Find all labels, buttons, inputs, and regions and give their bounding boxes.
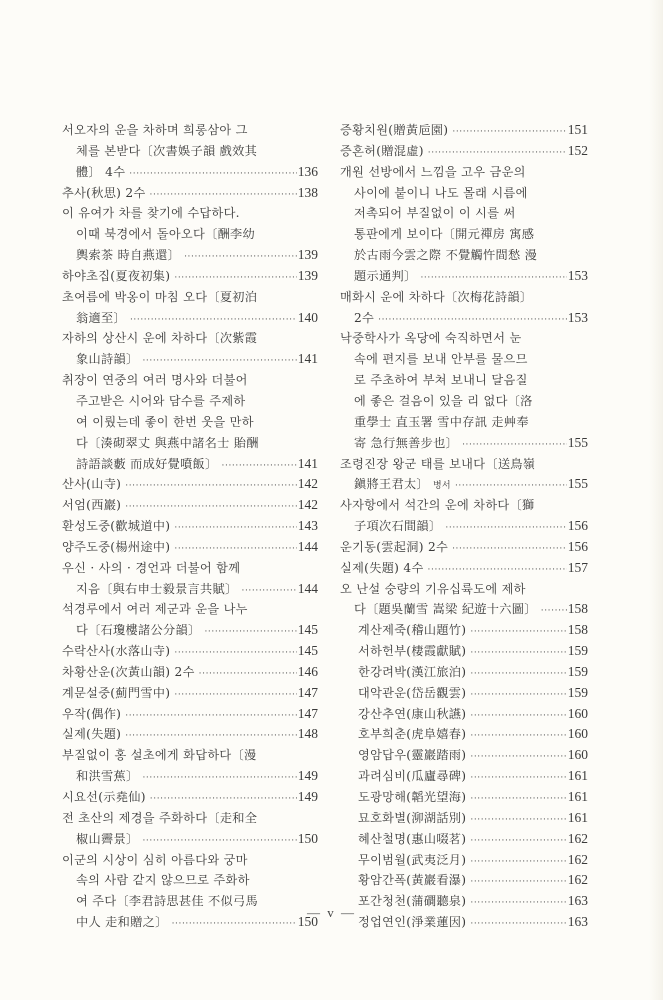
dot-leader [125,497,297,518]
toc-page-number: 160 [568,745,588,766]
page-edge [649,0,663,1000]
toc-entry-title: 이때 북경에서 돌아오다〔酬李幼 [76,224,255,245]
toc-entry-title: 증황치원(贈黃巵園) [340,120,448,141]
toc-entry-line: 부질없이 홍 설초에게 화답하다〔漫 [62,745,318,766]
toc-page-number: 141 [298,454,318,475]
dot-leader [174,518,296,539]
toc-entry-title: 실제(失題) [62,724,121,745]
toc-entry-title: 시요선(示堯仙) [62,787,146,808]
toc-entry-line: 황암간폭(黃巖看瀑)162 [340,870,588,891]
toc-entry-line: 重學士 直玉署 雪中存訊 走艸奉 [340,412,588,433]
toc-page-number: 140 [298,308,318,329]
dot-leader [142,768,296,789]
dot-leader [470,810,566,831]
toc-page-number: 160 [568,724,588,745]
toc-entry-line: 통판에게 보이다〔開元禪房 寓感 [340,224,588,245]
toc-entry-title: 양주도중(楊州途中) [62,537,170,558]
toc-entry-title: 도광망해(韜光望海) [358,787,466,808]
toc-entry-title: 題示通判〕 [354,266,416,287]
toc-entry-title: 다〔湊砌翠丈 與燕中諸名士 貽酬 [76,433,259,454]
toc-entry-title: 우신 · 사의 · 경언과 더불어 함께 [62,558,240,579]
toc-entry-title: 於古雨今雲之際 不覺觸忤間愁 漫 [354,245,537,266]
dot-leader [222,456,297,477]
toc-entry-title: 오 난설 숭량의 기유십륙도에 제하 [340,579,526,600]
toc-entry-title: 속의 사람 같지 않으므로 주화하 [76,870,250,891]
toc-entry-line: 산사(山寺)142 [62,474,318,495]
toc-entry-line: 輿索茶 時自燕還〕139 [62,245,318,266]
toc-entry-title: 다〔石瓊樓諸公分韻〕 [76,620,200,641]
toc-page-number: 145 [298,620,318,641]
dot-leader [125,476,297,497]
toc-entry-line: 이군의 시상이 심히 아름다와 궁마 [62,850,318,871]
toc-entry-line: 하야초집(夏夜初集)139 [62,266,318,287]
toc-entry-title: 묘호화별(泖湖話別) [358,808,466,829]
toc-entry-title: 서엄(西巖) [62,495,121,516]
toc-entry-title: 여 이뤘는데 좋이 한번 웃을 만하 [76,412,254,433]
toc-page-number: 141 [298,349,318,370]
toc-entry-line: 매화시 운에 차하다〔次梅花詩韻〕 [340,287,588,308]
toc-entry-line: 증황치원(贈黃巵園)151 [340,120,588,141]
toc-entry-title: 우작(偶作) [62,704,121,725]
dot-leader [150,789,297,810]
toc-entry-title: 영암답우(靈巖踏雨) [358,745,466,766]
toc-page-number: 139 [298,266,318,287]
toc-entry-line: 에 좋은 걸음이 있을 리 없다〔洛 [340,391,588,412]
toc-entry-title: 이 유여가 차를 찾기에 수답하다. [62,203,240,224]
toc-page-number: 142 [298,474,318,495]
dot-leader [378,310,567,331]
toc-page-number: 159 [568,683,588,704]
toc-entry-line: 자하의 상산시 운에 차하다〔次紫霞 [62,328,318,349]
toc-page-number: 147 [298,683,318,704]
toc-entry-title: 重學士 直玉署 雪中存訊 走艸奉 [354,412,529,433]
toc-page-number: 146 [298,662,318,683]
toc-page-number: 160 [568,704,588,725]
toc-page-number: 143 [298,516,318,537]
toc-entry-title: 취장이 연중의 여러 명사와 더불어 [62,370,248,391]
toc-entry-line: 조령진장 왕군 태를 보내다〔送鳥嶺 [340,454,588,475]
toc-entry-line: 體〕 4수136 [62,162,318,183]
dot-leader [455,476,567,497]
dot-leader [462,435,567,456]
toc-entry-line: 혜산철명(惠山啜茗)162 [340,829,588,850]
toc-entry-title: 鎭將王君太〕 [354,474,429,495]
toc-entry-line: 낙중학사가 옥당에 숙직하면서 눈 [340,328,588,349]
toc-entry-line: 과려심비(瓜廬尋碑)161 [340,766,588,787]
toc-entry-line: 子項次石間韻〕156 [340,516,588,537]
toc-page-number: 158 [568,599,588,620]
dot-leader [199,664,297,685]
toc-entry-title: 부질없이 홍 설초에게 화답하다〔漫 [62,745,256,766]
dot-leader [470,747,566,768]
toc-entry-title: 계문설중(薊門雪中) [62,683,170,704]
page-number: — v — [0,905,663,921]
toc-entry-line: 시요선(示堯仙)149 [62,787,318,808]
toc-entry-line: 대악관운(岱岳觀雲)159 [340,683,588,704]
toc-entry-line: 강산추연(康山秋讌)160 [340,704,588,725]
toc-entry-title: 자하의 상산시 운에 차하다〔次紫霞 [62,328,257,349]
dot-leader [470,664,566,685]
toc-entry-line: 실제(失題) 4수157 [340,558,588,579]
toc-entry-line: 주고받은 시어와 담수를 주제하 [62,391,318,412]
dot-leader [174,268,296,289]
toc-entry-line: 翁適至〕140 [62,308,318,329]
toc-entry-line: 초여름에 박옹이 마침 오다〔夏初泊 [62,287,318,308]
toc-entry-title: 혜산철명(惠山啜茗) [358,829,466,850]
dot-leader [428,560,567,581]
toc-page-number: 144 [298,579,318,600]
toc-entry-line: 서오자의 운을 차하며 희롱삼아 그 [62,120,318,141]
toc-entry-line: 호부희춘(虎阜嬉春)160 [340,724,588,745]
toc-entry-title: 로 주초하여 부쳐 보내니 달음질 [354,370,528,391]
toc-entry-line: 한강려박(漢江旅泊)159 [340,662,588,683]
toc-entry-line: 우작(偶作)147 [62,704,318,725]
toc-page-number: 136 [298,162,318,183]
toc-entry-line: 사이에 붙이니 나도 몰래 시름에 [340,183,588,204]
dot-leader [142,831,296,852]
dot-leader [242,581,297,602]
toc-entry-line: 취장이 연중의 여러 명사와 더불어 [62,370,318,391]
dot-leader [125,726,297,747]
dot-leader [470,831,566,852]
dot-leader [470,643,566,664]
toc-entry-title: 서오자의 운을 차하며 희롱삼아 그 [62,120,248,141]
toc-entry-line: 2수153 [340,308,588,329]
toc-entry-line: 저촉되어 부질없이 이 시를 써 [340,203,588,224]
toc-page-number: 147 [298,704,318,725]
toc-entry-line: 於古雨今雲之際 不覺觸忤間愁 漫 [340,245,588,266]
toc-page-number: 155 [568,474,588,495]
toc-entry-line: 무이범월(武夷泛月)162 [340,850,588,871]
toc-page-number: 162 [568,829,588,850]
toc-entry-title: 체를 본받다〔次書娛子韻 戲效其 [76,141,257,162]
toc-entry-title: 2수 [354,308,374,329]
toc-right-column: 증황치원(贈黃巵園)151증혼허(贈混虛)152개원 선방에서 느낌을 고우 금… [340,120,588,933]
toc-entry-title: 산사(山寺) [62,474,121,495]
toc-entry-title: 속에 편지를 보내 안부를 물으므 [354,349,528,370]
toc-entry-line: 지음〔與右申士毅景言共賦〕144 [62,579,318,600]
toc-entry-title: 體〕 4수 [76,162,125,183]
toc-entry-title: 강산추연(康山秋讌) [358,704,466,725]
toc-entry-title: 지음〔與右申士毅景言共賦〕 [76,579,238,600]
dot-leader [445,518,566,539]
toc-page-number: 159 [568,641,588,662]
toc-page-number: 157 [568,558,588,579]
toc-page-number: 161 [568,787,588,808]
toc-entry-line: 계문설중(薊門雪中)147 [62,683,318,704]
toc-page-number: 162 [568,870,588,891]
dot-leader [470,706,566,727]
toc-entry-line: 다〔湊砌翠丈 與燕中諸名士 貽酬 [62,433,318,454]
toc-entry-line: 오 난설 숭량의 기유십륙도에 제하 [340,579,588,600]
toc-page-number: 156 [568,516,588,537]
toc-page-number: 161 [568,766,588,787]
toc-entry-title: 하야초집(夏夜初集) [62,266,170,287]
toc-entry-title: 寄 急行無善步也〕 [354,433,458,454]
dot-leader [204,622,296,643]
toc-entry-line: 서하헌부(棲霞獻賦)159 [340,641,588,662]
toc-entry-title: 詩語談藪 而成好覺噴飯〕 [76,454,218,475]
toc-entry-title: 椒山霽景〕 [76,829,138,850]
toc-entry-line: 개원 선방에서 느낌을 고우 금운의 [340,162,588,183]
toc-left-column: 서오자의 운을 차하며 희롱삼아 그체를 본받다〔次書娛子韻 戲效其體〕 4수1… [62,120,318,933]
toc-entry-line: 수락산사(水落山寺)145 [62,641,318,662]
dot-leader [184,247,297,268]
dot-leader [470,685,566,706]
toc-entry-line: 이 유여가 차를 찾기에 수답하다. [62,203,318,224]
toc-entry-line: 전 초산의 제경을 주화하다〔走和全 [62,808,318,829]
toc-entry-title: 통판에게 보이다〔開元禪房 寓感 [354,224,534,245]
toc-entry-title: 한강려박(漢江旅泊) [358,662,466,683]
toc-entry-title: 초여름에 박옹이 마침 오다〔夏初泊 [62,287,257,308]
toc-entry-line: 여 이뤘는데 좋이 한번 웃을 만하 [62,412,318,433]
toc-page-number: 153 [568,308,588,329]
dot-leader [428,143,567,164]
toc-entry-title: 전 초산의 제경을 주화하다〔走和全 [62,808,257,829]
dot-leader [174,685,296,706]
toc-entry-title: 무이범월(武夷泛月) [358,850,466,871]
toc-page-number: 148 [298,724,318,745]
toc-entry-title: 대악관운(岱岳觀雲) [358,683,466,704]
toc-entry-line: 추사(秋思) 2수138 [62,183,318,204]
toc-entry-line: 영암답우(靈巖踏雨)160 [340,745,588,766]
toc-page-number: 153 [568,266,588,287]
toc-page-number: 144 [298,537,318,558]
toc-entry-line: 사자항에서 석간의 운에 차하다〔獅 [340,495,588,516]
toc-entry-line: 체를 본받다〔次書娛子韻 戲效其 [62,141,318,162]
toc-entry-line: 題示通判〕153 [340,266,588,287]
toc-entry-title: 翁適至〕 [76,308,126,329]
toc-entry-title: 실제(失題) 4수 [340,558,424,579]
toc-entry-line: 환성도중(歡城道中)143 [62,516,318,537]
toc-entry-title: 和洪雪蕉〕 [76,766,138,787]
toc-page-number: 149 [298,787,318,808]
toc-entry-line: 묘호화별(泖湖話別)161 [340,808,588,829]
toc-entry-line: 다〔題吳蘭雪 嵩梁 紀遊十六圖〕158 [340,599,588,620]
toc-page-number: 159 [568,662,588,683]
dot-leader [174,643,296,664]
toc-entry-line: 속의 사람 같지 않으므로 주화하 [62,870,318,891]
toc-entry-line: 운기동(雲起洞) 2수156 [340,537,588,558]
toc-entry-title: 輿索茶 時自燕還〕 [76,245,180,266]
toc-page-number: 152 [568,141,588,162]
toc-entry-title: 석경루에서 여러 제군과 운을 나누 [62,599,248,620]
toc-entry-line: 이때 북경에서 돌아오다〔酬李幼 [62,224,318,245]
toc-entry-title: 사자항에서 석간의 운에 차하다〔獅 [340,495,534,516]
toc-entry-line: 鎭將王君太〕병서155 [340,474,588,495]
toc-page-number: 138 [298,183,318,204]
dot-leader [470,622,566,643]
toc-entry-line: 로 주초하여 부쳐 보내니 달음질 [340,370,588,391]
toc-entry-title: 조령진장 왕군 태를 보내다〔送鳥嶺 [340,454,535,475]
dot-leader [125,706,297,727]
toc-entry-title: 子項次石間韻〕 [354,516,441,537]
toc-entry-line: 양주도중(楊州途中)144 [62,537,318,558]
toc-entry-title: 환성도중(歡城道中) [62,516,170,537]
dot-leader [130,310,297,331]
toc-entry-line: 실제(失題)148 [62,724,318,745]
toc-entry-line: 석경루에서 여러 제군과 운을 나누 [62,599,318,620]
toc-entry-line: 속에 편지를 보내 안부를 물으므 [340,349,588,370]
toc-entry-title: 사이에 붙이니 나도 몰래 시름에 [354,183,528,204]
toc-entry-note: 병서 [433,476,451,497]
toc-page-number: 145 [298,641,318,662]
toc-entry-line: 계산제죽(稽山題竹)158 [340,620,588,641]
toc-entry-line: 和洪雪蕉〕149 [62,766,318,787]
toc-entry-title: 수락산사(水落山寺) [62,641,170,662]
toc-entry-title: 象山詩韻〕 [76,349,138,370]
toc-page-number: 162 [568,850,588,871]
dot-leader [174,539,296,560]
toc-page-number: 151 [568,120,588,141]
toc-page-number: 150 [298,829,318,850]
dot-leader [470,768,566,789]
toc-page-number: 155 [568,433,588,454]
dot-leader [150,185,297,206]
toc-page-number: 158 [568,620,588,641]
toc-entry-title: 차황산운(次黃山韻) 2수 [62,662,195,683]
toc-entry-title: 낙중학사가 옥당에 숙직하면서 눈 [340,328,522,349]
toc-page-number: 142 [298,495,318,516]
toc-entry-line: 象山詩韻〕141 [62,349,318,370]
toc-entry-line: 차황산운(次黃山韻) 2수146 [62,662,318,683]
dot-leader [470,789,566,810]
dot-leader [142,351,296,372]
dot-leader [452,539,567,560]
toc-entry-title: 매화시 운에 차하다〔次梅花詩韻〕 [340,287,532,308]
toc-page-number: 156 [568,537,588,558]
toc-entry-line: 寄 急行無善步也〕155 [340,433,588,454]
dot-leader [452,122,566,143]
toc-entry-title: 에 좋은 걸음이 있을 리 없다〔洛 [354,391,533,412]
dot-leader [470,872,566,893]
toc-entry-line: 서엄(西巖)142 [62,495,318,516]
toc-page-number: 161 [568,808,588,829]
toc-entry-title: 저촉되어 부질없이 이 시를 써 [354,203,516,224]
toc-entry-title: 추사(秋思) 2수 [62,183,146,204]
toc-entry-title: 이군의 시상이 심히 아름다와 궁마 [62,850,248,871]
toc-entry-title: 개원 선방에서 느낌을 고우 금운의 [340,162,526,183]
toc-page-number: 139 [298,245,318,266]
dot-leader [541,601,567,622]
toc-entry-line: 도광망해(韜光望海)161 [340,787,588,808]
dot-leader [470,726,566,747]
toc-entry-title: 운기동(雲起洞) 2수 [340,537,448,558]
toc-entry-line: 다〔石瓊樓諸公分韻〕145 [62,620,318,641]
toc-entry-line: 詩語談藪 而成好覺噴飯〕141 [62,454,318,475]
toc-entry-title: 증혼허(贈混虛) [340,141,424,162]
toc-entry-line: 椒山霽景〕150 [62,829,318,850]
toc-entry-title: 계산제죽(稽山題竹) [358,620,466,641]
toc-entry-title: 과려심비(瓜廬尋碑) [358,766,466,787]
dot-leader [420,268,566,289]
toc-entry-line: 우신 · 사의 · 경언과 더불어 함께 [62,558,318,579]
toc-entry-line: 증혼허(贈混虛)152 [340,141,588,162]
dot-leader [470,852,566,873]
toc-entry-title: 호부희춘(虎阜嬉春) [358,724,466,745]
dot-leader [129,164,296,185]
toc-entry-title: 다〔題吳蘭雪 嵩梁 紀遊十六圖〕 [354,599,537,620]
toc-entry-title: 서하헌부(棲霞獻賦) [358,641,466,662]
toc-entry-title: 황암간폭(黃巖看瀑) [358,870,466,891]
toc-entry-title: 주고받은 시어와 담수를 주제하 [76,391,245,412]
toc-page-number: 149 [298,766,318,787]
